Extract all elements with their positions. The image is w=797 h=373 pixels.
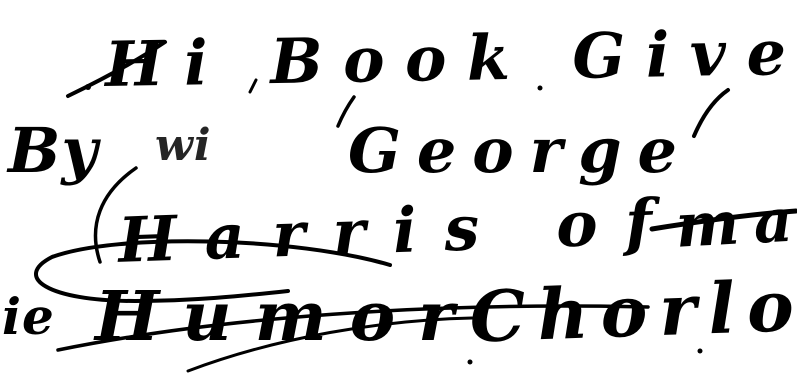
handwritten-word-by: By (6, 114, 101, 187)
ink-speck-bottom-right (698, 349, 703, 354)
handwriting-scan: Hi Book Give By wi George Harris of ma i… (0, 0, 797, 373)
ink-speck-above-george (538, 86, 543, 91)
ink-speck-bottom-center (468, 360, 473, 365)
handwritten-prefix: ie (2, 287, 55, 346)
handwriting-canvas: Hi Book Give By wi George Harris of ma i… (0, 0, 797, 373)
handwritten-word-faded: wi (155, 120, 212, 171)
ink-dot-over-by (85, 84, 91, 90)
